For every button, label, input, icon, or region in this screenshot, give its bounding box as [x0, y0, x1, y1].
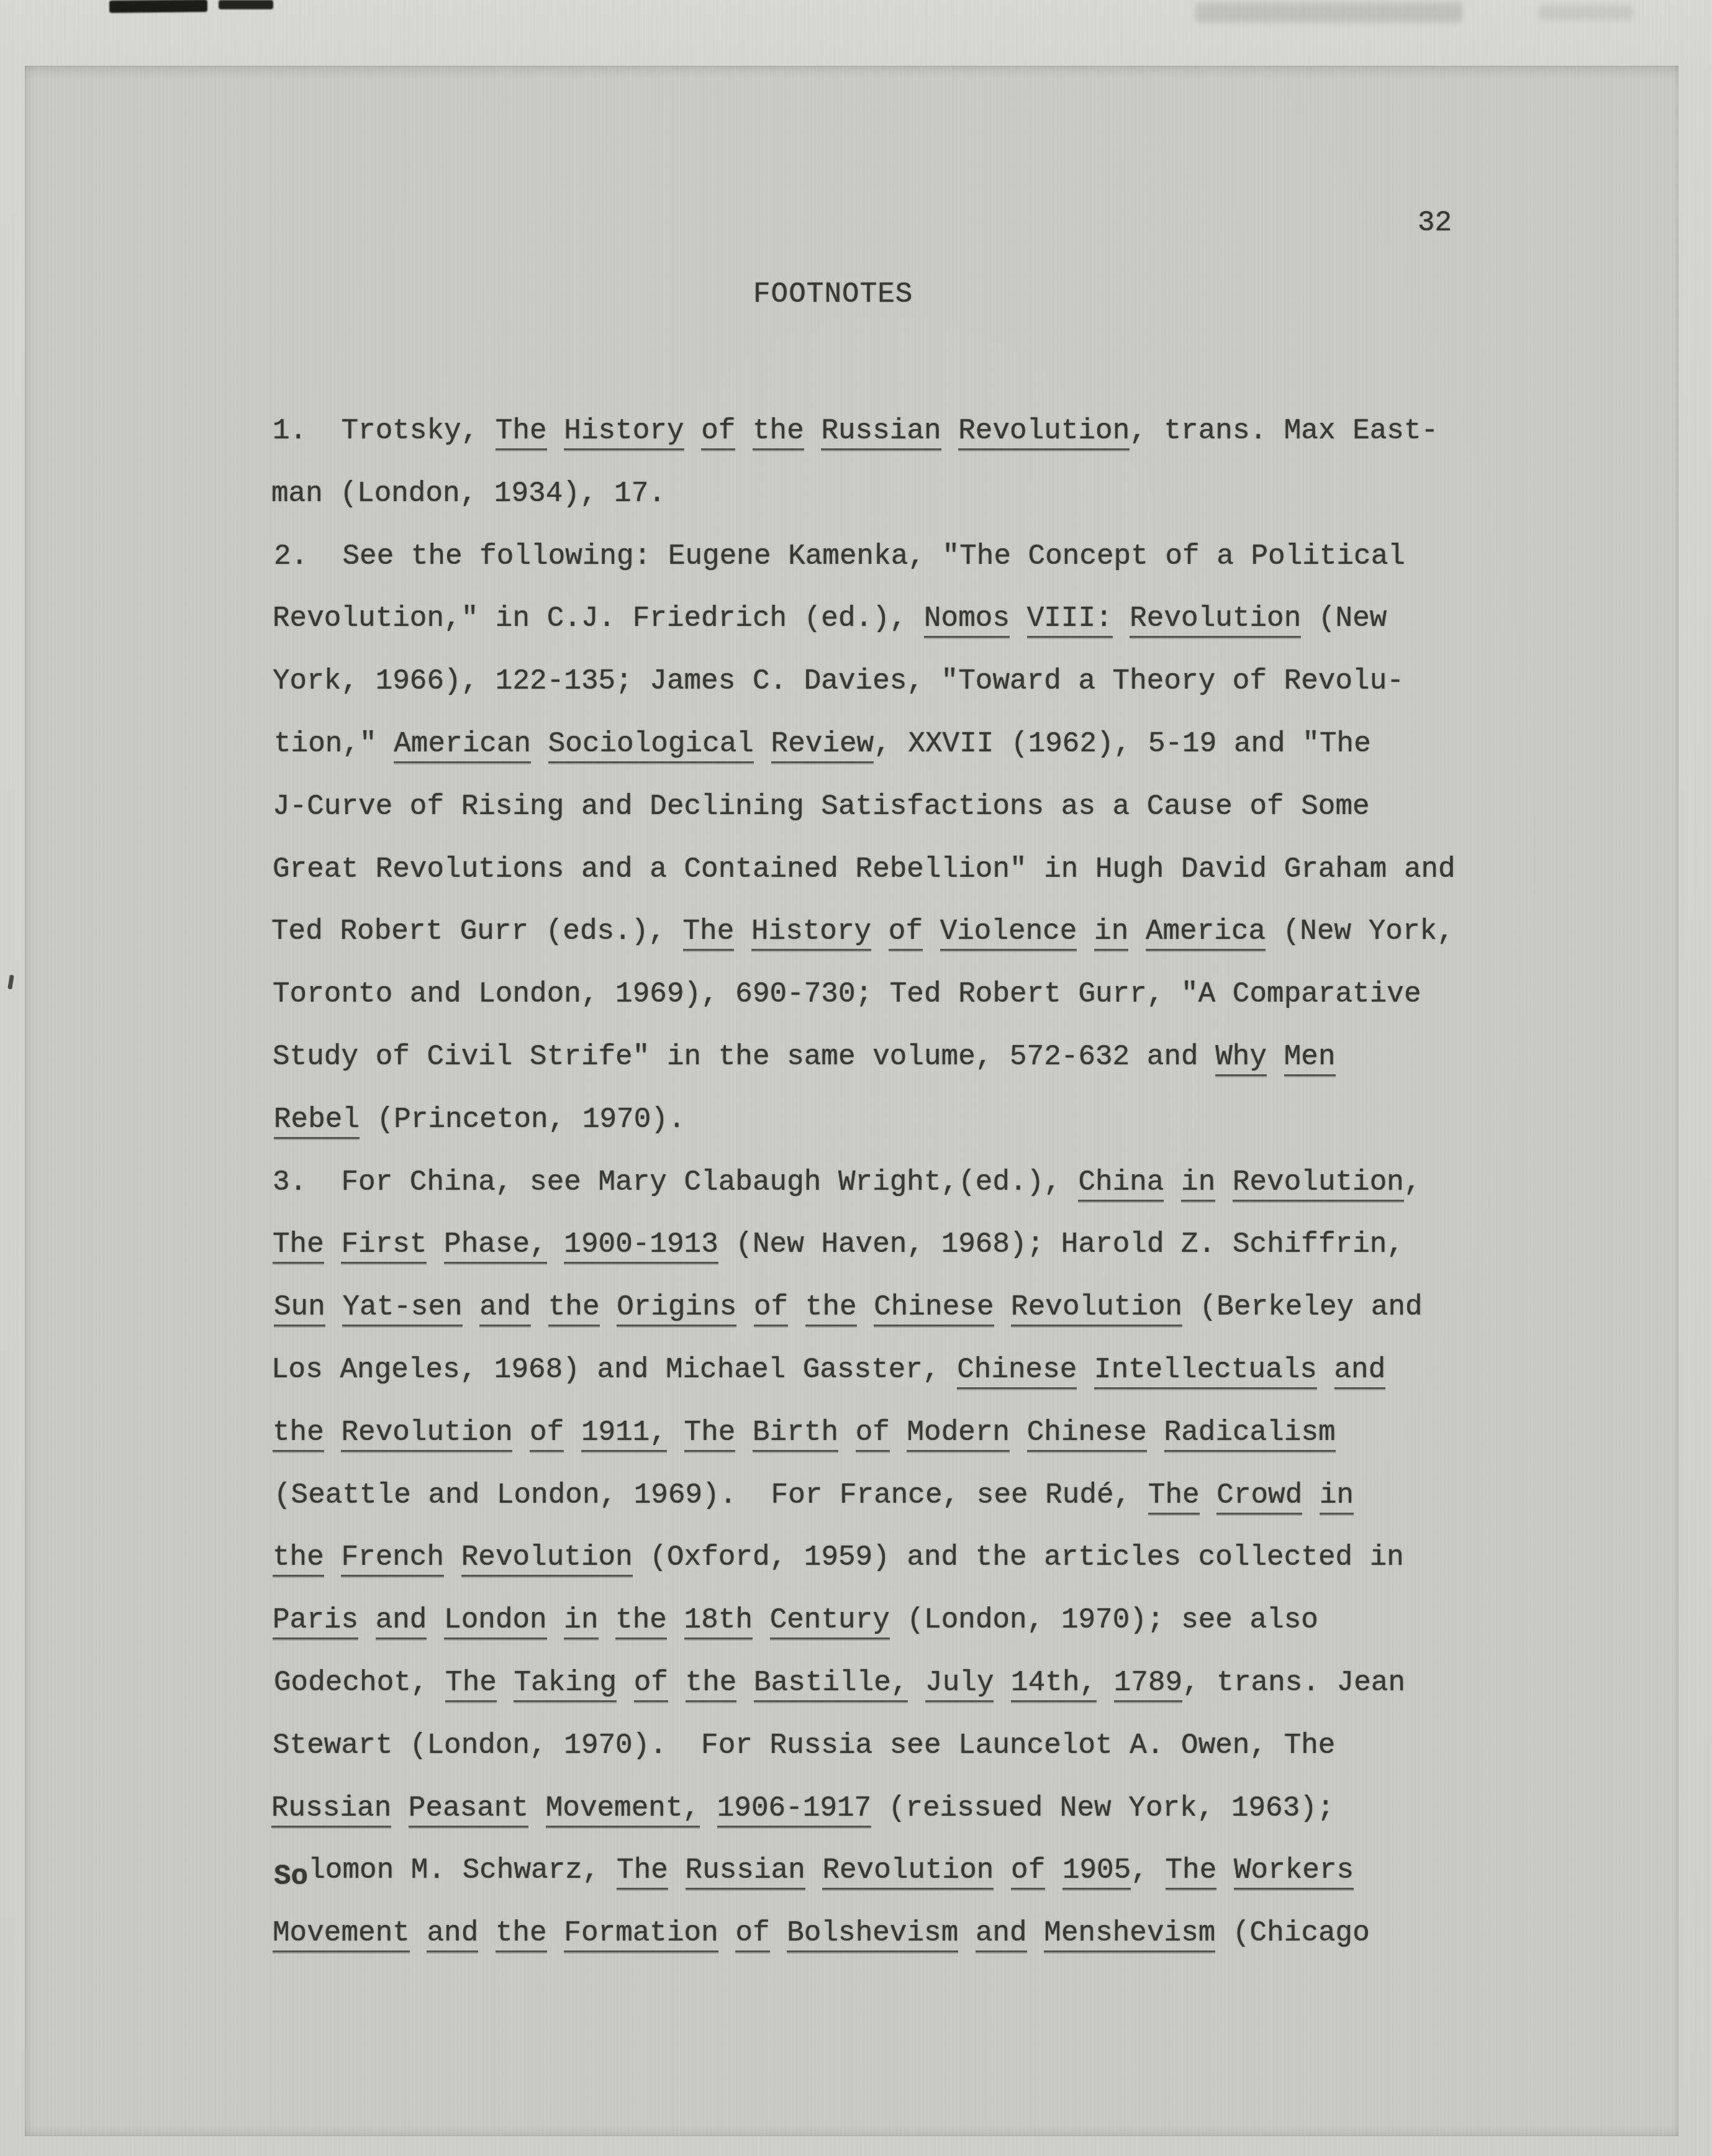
underlined-text: the — [273, 1416, 324, 1452]
underlined-text: Russian — [821, 415, 941, 450]
footnote-line: 2. See the following: Eugene Kamenka, "T… — [274, 525, 1456, 588]
scan-artifact-mark — [109, 0, 207, 13]
footnote-line: J-Curve of Rising and Declining Satisfac… — [273, 776, 1456, 838]
underlined-text: Phase, — [444, 1228, 547, 1264]
underlined-text: The — [684, 1416, 736, 1452]
underlined-text: in — [1320, 1479, 1354, 1515]
underlined-text: The — [1148, 1479, 1200, 1515]
underlined-text: and — [376, 1604, 427, 1639]
underlined-text: the — [805, 1291, 857, 1326]
underlined-text: of — [735, 1917, 769, 1952]
underlined-text: Modern — [907, 1416, 1010, 1452]
underlined-text: 1905 — [1062, 1854, 1131, 1890]
underlined-text: 1789 — [1114, 1667, 1182, 1702]
underlined-text: Bolshevism — [787, 1917, 958, 1952]
underlined-text: American — [394, 728, 531, 763]
footnote-line: the French Revolution (Oxford, 1959) and… — [273, 1526, 1456, 1589]
underlined-text: of — [889, 915, 923, 951]
underlined-text: The — [683, 915, 735, 951]
underlined-text: of — [856, 1416, 890, 1452]
underlined-text: the — [273, 1541, 324, 1577]
underlined-text: London — [444, 1604, 547, 1639]
underlined-text: Revolution — [1011, 1291, 1182, 1326]
underlined-text: the — [615, 1604, 667, 1639]
underlined-text: July — [925, 1667, 994, 1702]
underlined-text: Movement, — [546, 1792, 700, 1828]
footnote-line: tion," American Sociological Review, XXV… — [274, 713, 1456, 776]
underlined-text: French — [341, 1541, 444, 1577]
page-title: FOOTNOTES — [753, 263, 913, 325]
underlined-text: History — [751, 915, 871, 951]
underlined-text: The — [496, 415, 547, 450]
underlined-text: Sociological — [548, 728, 754, 763]
underlined-text: Revolution — [341, 1416, 512, 1452]
underlined-text: Bastille, — [754, 1667, 908, 1702]
underlined-text: China — [1078, 1166, 1164, 1202]
underlined-text: Russian — [271, 1792, 391, 1828]
footnote-line: Godechot, The Taking of the Bastille, Ju… — [274, 1652, 1456, 1714]
underlined-text: Violence — [940, 915, 1077, 951]
underlined-text: of — [530, 1416, 564, 1452]
underlined-text: Menshevism — [1044, 1917, 1215, 1952]
underlined-text: The — [1166, 1854, 1217, 1890]
underlined-text: and — [427, 1917, 478, 1952]
footnote-line: the Revolution of 1911, The Birth of Mod… — [273, 1402, 1456, 1464]
footnote-line: Paris and London in the 18th Century (Lo… — [273, 1589, 1456, 1652]
underlined-text: 1911, — [581, 1416, 667, 1452]
footnote-line: Sun Yat-sen and the Origins of the Chine… — [274, 1276, 1456, 1339]
underlined-text: and — [479, 1291, 531, 1326]
underlined-text: Crowd — [1216, 1479, 1302, 1515]
underlined-text: Chinese — [874, 1291, 994, 1326]
underlined-text: Paris — [273, 1604, 358, 1639]
ghost-smudge — [1195, 2, 1462, 22]
underlined-text: Review — [771, 728, 874, 763]
underlined-text: in — [1181, 1166, 1215, 1202]
underlined-text: the — [686, 1667, 737, 1702]
underlined-text: Revolution — [1130, 602, 1301, 638]
overstruck-text: So — [274, 1860, 308, 1893]
footnote-line: Solomon M. Schwarz, The Russian Revoluti… — [274, 1839, 1456, 1902]
underlined-text: The — [445, 1667, 497, 1702]
footnote-line: Rebel (Princeton, 1970). — [274, 1089, 1456, 1151]
footnote-line: Los Angeles, 1968) and Michael Gasster, … — [271, 1339, 1456, 1402]
underlined-text: VIII: — [1027, 602, 1113, 638]
underlined-text: First — [341, 1228, 427, 1264]
underlined-text: Chinese — [957, 1354, 1077, 1389]
underlined-text: Birth — [753, 1416, 838, 1452]
underlined-text: Movement — [273, 1917, 410, 1952]
underlined-text: Peasant — [409, 1792, 528, 1828]
scan-artifact-mark — [219, 0, 273, 9]
underlined-text: and — [1334, 1354, 1386, 1389]
underlined-text: Yat-sen — [342, 1291, 462, 1326]
underlined-text: Workers — [1234, 1854, 1354, 1890]
footnote-line: The First Phase, 1900-1913 (New Haven, 1… — [273, 1213, 1456, 1276]
underlined-text: Russian — [686, 1854, 805, 1890]
underlined-text: The — [273, 1228, 324, 1264]
underlined-text: Revolution — [461, 1541, 633, 1577]
scanned-page: 32 FOOTNOTES 1. Trotsky, The History of … — [0, 0, 1712, 2156]
underlined-text: The — [617, 1854, 668, 1890]
underlined-text: Chinese — [1027, 1416, 1147, 1452]
ghost-smudge — [1539, 5, 1633, 20]
footnote-line: Study of Civil Strife" in the same volum… — [273, 1026, 1456, 1089]
page-number: 32 — [1418, 192, 1452, 254]
underlined-text: of — [634, 1667, 668, 1702]
underlined-text: Formation — [564, 1917, 718, 1952]
underlined-text: 1906-1917 — [717, 1792, 871, 1828]
footnote-line: 1. Trotsky, The History of the Russian R… — [273, 400, 1456, 463]
underlined-text: in — [564, 1604, 598, 1639]
underlined-text: Intellectuals — [1094, 1354, 1317, 1389]
footnote-line: Movement and the Formation of Bolshevism… — [273, 1902, 1456, 1965]
footnote-line: Toronto and London, 1969), 690-730; Ted … — [273, 963, 1456, 1026]
footnote-line: (Seattle and London, 1969). For France, … — [274, 1464, 1456, 1527]
underlined-text: of — [1011, 1854, 1045, 1890]
underlined-text: 1900-1913 — [564, 1228, 718, 1264]
underlined-text: Sun — [274, 1291, 325, 1326]
footnote-line: man (London, 1934), 17. — [271, 463, 1456, 525]
footnote-line: 3. For China, see Mary Clabaugh Wright,(… — [273, 1151, 1456, 1214]
footnote-line: Russian Peasant Movement, 1906-1917 (rei… — [271, 1777, 1456, 1840]
underlined-text: 14th, — [1011, 1667, 1097, 1702]
underlined-text: Men — [1284, 1041, 1336, 1076]
underlined-text: of — [754, 1291, 788, 1326]
underlined-text: History — [564, 415, 684, 450]
footnotes-block: 1. Trotsky, The History of the Russian R… — [273, 400, 1456, 1965]
underlined-text: the — [753, 415, 804, 450]
underlined-text: Taking — [514, 1667, 617, 1702]
footnote-line: Great Revolutions and a Contained Rebell… — [273, 838, 1456, 901]
underlined-text: Revolution — [958, 415, 1130, 450]
footnote-line: Revolution," in C.J. Friedrich (ed.), No… — [273, 587, 1456, 650]
underlined-text: Nomos — [924, 602, 1010, 638]
underlined-text: Rebel — [274, 1103, 360, 1139]
underlined-text: and — [976, 1917, 1027, 1952]
underlined-text: of — [701, 415, 735, 450]
underlined-text: America — [1146, 915, 1266, 951]
underlined-text: Why — [1215, 1041, 1267, 1076]
footnote-line: Ted Robert Gurr (eds.), The History of V… — [271, 900, 1456, 963]
underlined-text: Century — [770, 1604, 890, 1639]
underlined-text: the — [496, 1917, 547, 1952]
underlined-text: the — [548, 1291, 600, 1326]
underlined-text: Radicalism — [1164, 1416, 1336, 1452]
footnote-line: Stewart (London, 1970). For Russia see L… — [273, 1714, 1456, 1777]
underlined-text: 18th — [684, 1604, 753, 1639]
underlined-text: in — [1094, 915, 1128, 951]
underlined-text: Revolution — [822, 1854, 994, 1890]
footnote-line: York, 1966), 122-135; James C. Davies, "… — [273, 650, 1456, 713]
underlined-text: Revolution — [1233, 1166, 1404, 1202]
margin-mark — [7, 975, 14, 990]
underlined-text: Origins — [617, 1291, 736, 1326]
